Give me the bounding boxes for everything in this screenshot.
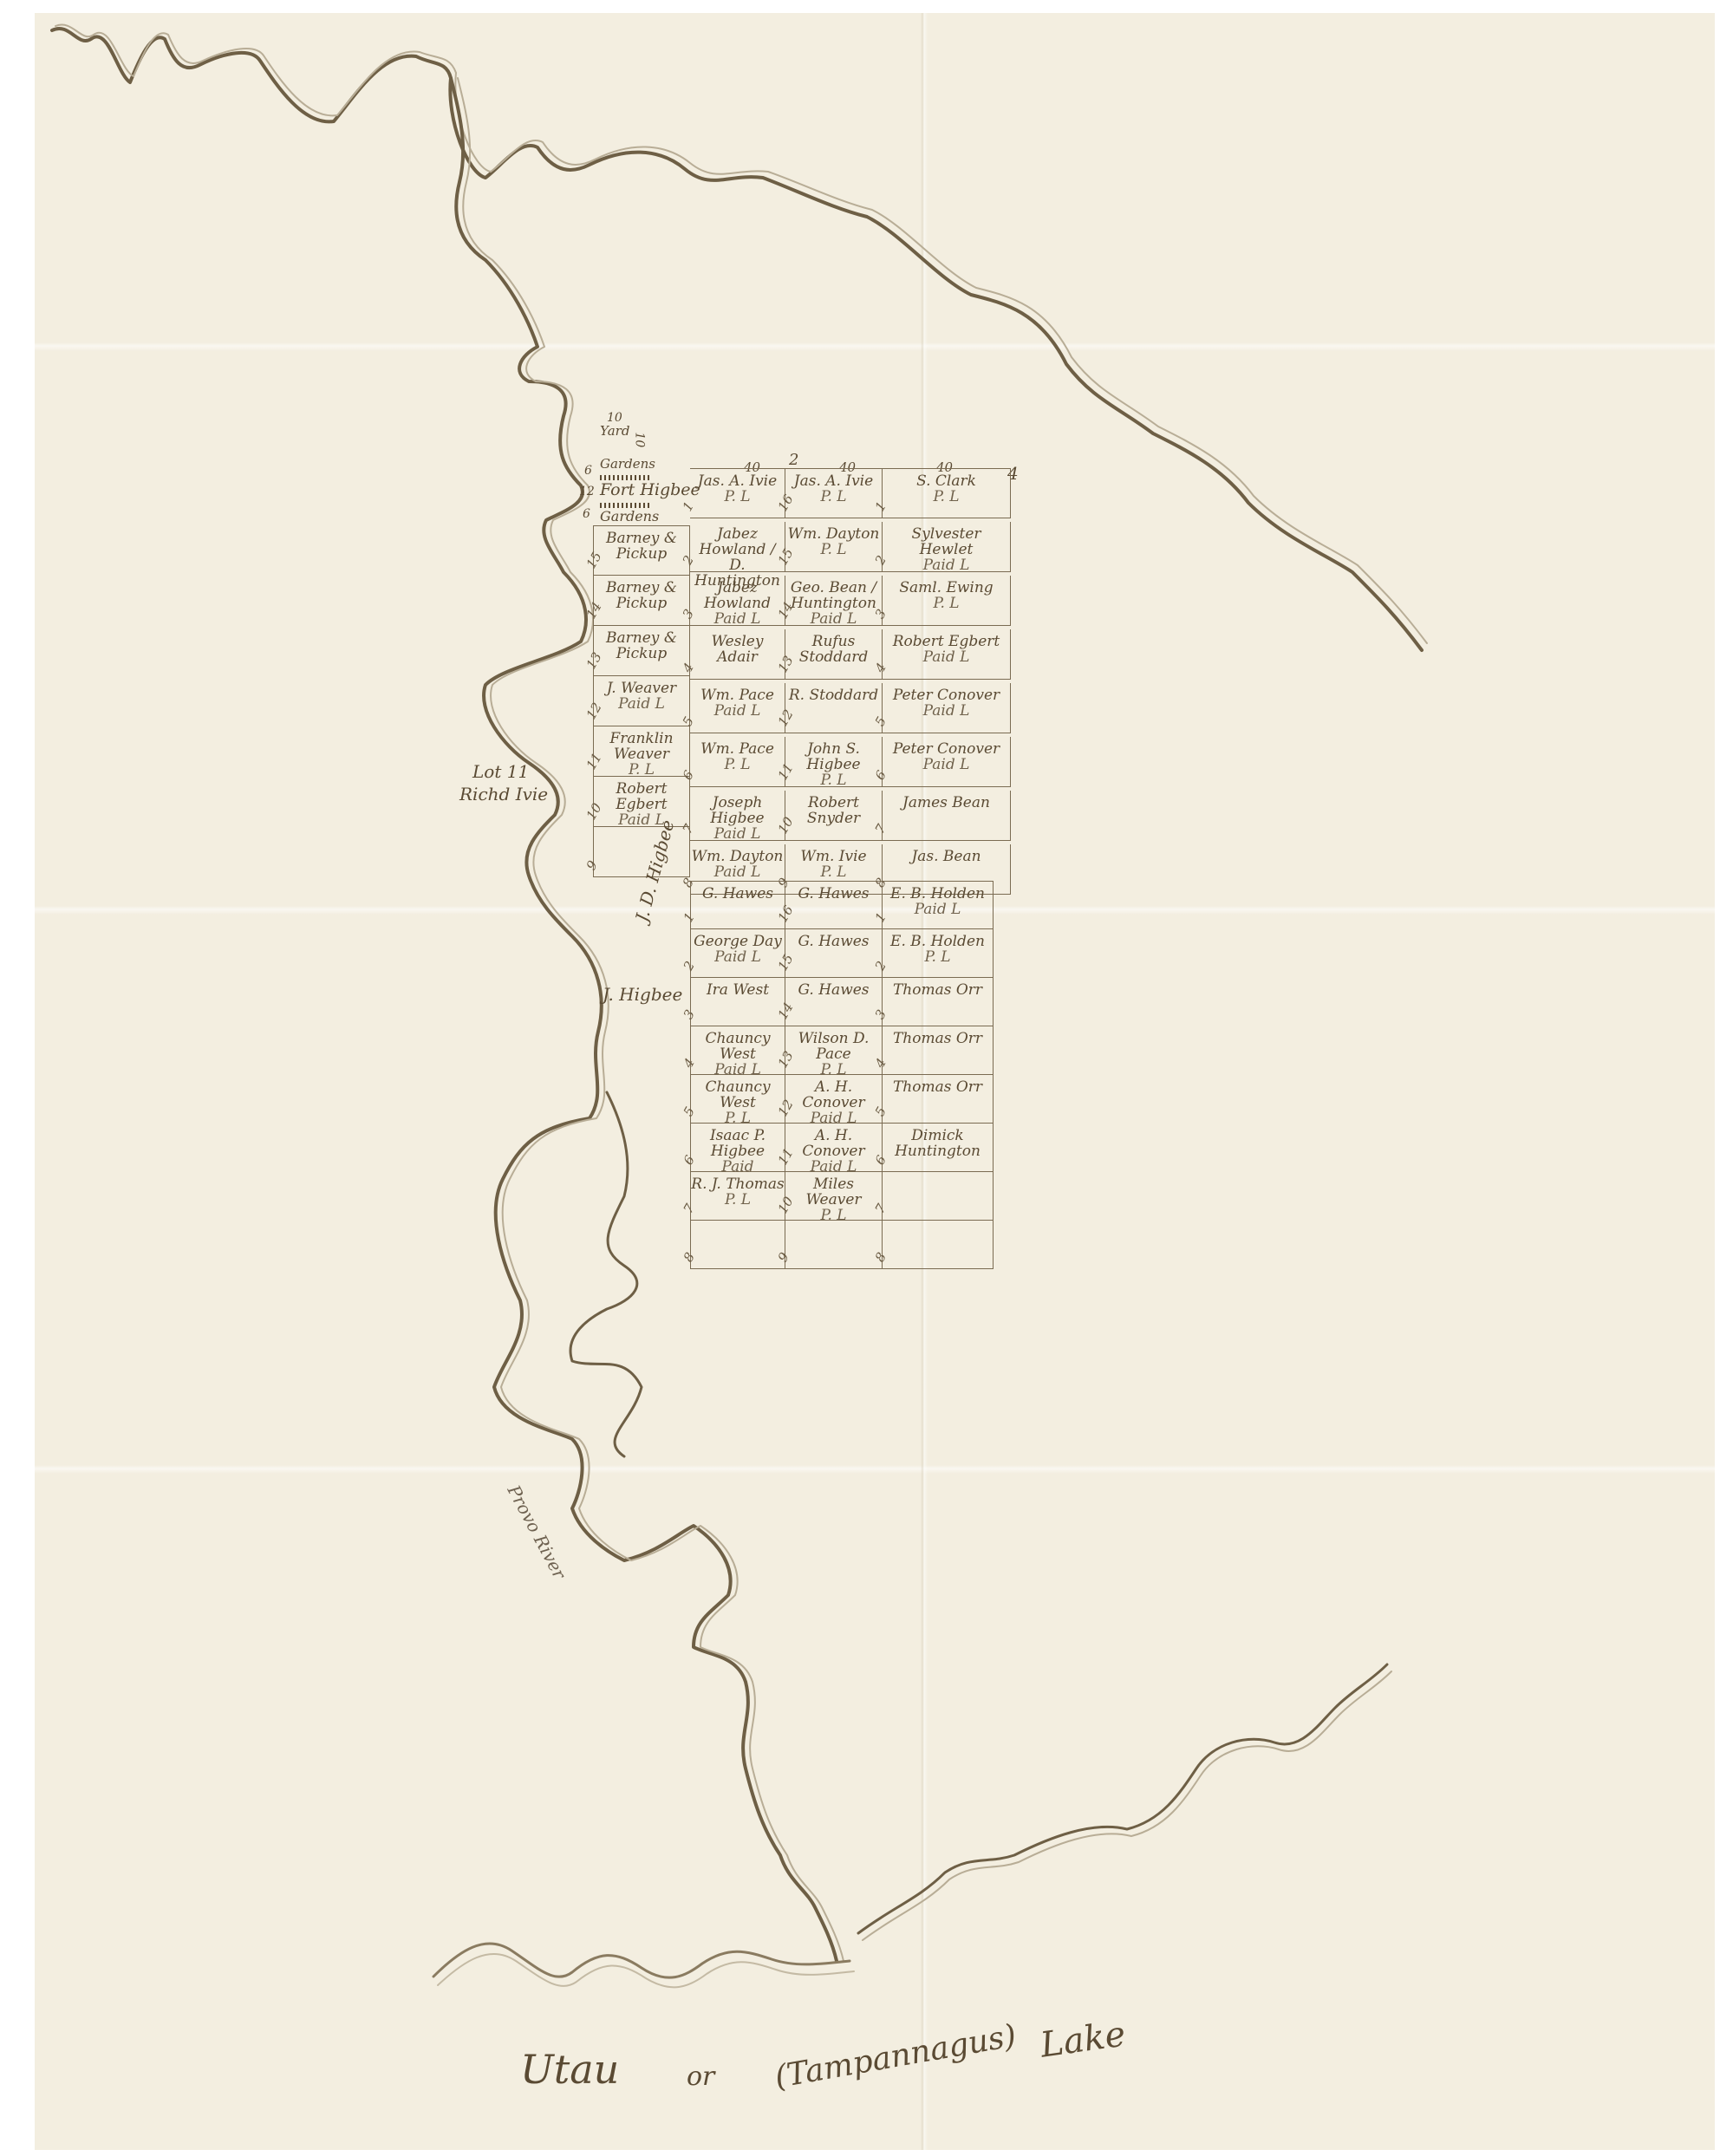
plot-owner-name: Thomas Orr [893, 981, 982, 999]
plot-owner-name: James Bean [902, 794, 990, 811]
plot-owner-name: Sylvester Hewlet [911, 525, 981, 558]
plot-owner-name: Peter Conover [893, 740, 1000, 758]
plot-owner-name: Robert Snyder [807, 794, 860, 827]
plot-owner-name: Wm. Pace [700, 740, 774, 758]
plot-owner-name: A. H. Conover [802, 1078, 864, 1111]
plot-cell: Peter ConoverPaid L6 [883, 737, 1011, 787]
plot-owner-name: Ira West [707, 981, 769, 999]
plot-cell: Robert Snyder10 [785, 791, 883, 841]
plot-cell: Joseph HigbeePaid L7 [690, 791, 785, 841]
plot-cell: Thomas Orr3 [883, 978, 994, 1026]
plot-owner-name: Saml. Ewing [899, 579, 993, 596]
plot-cell: Barney & Pickup15 [593, 525, 690, 576]
plot-paid-status: Paid L [690, 704, 785, 720]
plot-owner-name: Dimick Huntington [895, 1127, 981, 1160]
plot-cell: Isaac P. HigbeePaid6 [690, 1124, 785, 1172]
plot-paid-status: P. L [690, 490, 785, 505]
plot-owner-name: Rufus Stoddard [799, 633, 869, 666]
plot-paid-status: P. L [785, 865, 882, 881]
plot-cell: Thomas Orr5 [883, 1075, 994, 1124]
plot-cell: Thomas Orr4 [883, 1026, 994, 1075]
plot-cell: J. WeaverPaid L12 [593, 676, 690, 726]
plot-paid-status: P. L [691, 1193, 785, 1208]
fort-side-number: 10 [633, 432, 646, 447]
plot-owner-name: R. Stoddard [789, 687, 878, 704]
plot-cell: Barney & Pickup13 [593, 626, 690, 676]
lot-label-line1: Lot 11 [472, 763, 529, 781]
plot-owner-name: Thomas Orr [893, 1030, 982, 1047]
plot-cell: R. Stoddard12 [785, 683, 883, 733]
j-higbee-label: J. Higbee [603, 986, 682, 1004]
plot-cell: Sylvester HewletPaid L2 [883, 522, 1011, 572]
plot-paid-status: Paid L [594, 697, 689, 713]
plot-cell: A. H. ConoverPaid L12 [785, 1075, 883, 1124]
fort-row-num: 6 [584, 465, 592, 478]
plot-cell: Dimick Huntington6 [883, 1124, 994, 1172]
plot-cell: Peter ConoverPaid L5 [883, 683, 1011, 733]
plot-cell: George DayPaid L2 [690, 929, 785, 978]
plot-owner-name: Franklin Weaver [609, 730, 673, 763]
plot-owner-name: Jas. Bean [911, 848, 981, 865]
plot-cell: Jabez HowlandPaid L3 [690, 576, 785, 626]
plot-owner-name: S. Clark [916, 472, 976, 490]
plot-owner-name: Peter Conover [893, 687, 1000, 704]
plot-cell: G. Hawes14 [785, 978, 883, 1026]
plot-owner-name: Robert Egbert [893, 633, 1000, 650]
plot-owner-name: G. Hawes [702, 885, 773, 902]
plot-owner-name: John S. Higbee [806, 740, 860, 773]
plot-paid-status: Paid L [690, 612, 785, 628]
plot-owner-name: E. B. Holden [890, 933, 985, 950]
plot-owner-name: G. Hawes [798, 981, 869, 999]
plot-owner-name: Barney & Pickup [606, 629, 677, 662]
plot-owner-name: Miles Weaver [805, 1176, 861, 1208]
plot-paid-status: Paid L [690, 865, 785, 881]
plot-cell: Saml. EwingP. L3 [883, 576, 1011, 626]
plot-cell: G. Hawes16 [785, 881, 883, 929]
lake-title-word1: Utau [520, 2046, 619, 2093]
fort-row-num: 6 [583, 508, 590, 521]
upper-grid-top-label: 2 [789, 451, 798, 469]
plot-paid-status: Paid L [883, 558, 1010, 574]
plot-owner-name: Wesley Adair [712, 633, 764, 666]
plot-owner-name: Wilson D. Pace [798, 1030, 870, 1063]
plot-paid-status: P. L [785, 490, 882, 505]
plot-cell: Wm. PacePaid L5 [690, 683, 785, 733]
plot-paid-status: P. L [785, 543, 882, 558]
plot-cell: Jas. A. IvieP. L1 [690, 468, 785, 518]
plot-owner-name: Thomas Orr [893, 1078, 982, 1096]
plot-paid-status: P. L [883, 596, 1010, 612]
lot-label-line2: Richd Ivie [459, 785, 548, 804]
plot-cell: E. B. HoldenP. L2 [883, 929, 994, 978]
plot-cell: G. Hawes15 [785, 929, 883, 978]
plot-paid-status: Paid L [691, 950, 785, 966]
plot-owner-name: George Day [694, 933, 782, 950]
east-loop [570, 1092, 642, 1456]
plot-cell: 7 [883, 1172, 994, 1221]
plot-owner-name: Geo. Bean / Huntington [791, 579, 876, 612]
plot-owner-name: J. Weaver [607, 680, 676, 697]
fort-yard-label: Yard [600, 425, 629, 439]
plot-owner-name: G. Hawes [798, 885, 869, 902]
plot-paid-status: P. L [690, 758, 785, 773]
plot-cell: Miles WeaverP. L10 [785, 1172, 883, 1221]
plot-owner-name: Jas. A. Ivie [698, 472, 777, 490]
plot-cell: 9 [785, 1221, 883, 1269]
plot-paid-status: P. L [883, 490, 1010, 505]
plot-owner-name: A. H. Conover [802, 1127, 864, 1160]
fort-row-num: 12 [579, 485, 595, 498]
plot-owner-name: Chauncy West [705, 1078, 770, 1111]
lake-title-word2: or [687, 2062, 714, 2092]
plot-cell: Franklin WeaverP. L11 [593, 726, 690, 777]
plot-owner-name: R. J. Thomas [691, 1176, 784, 1193]
plot-cell: 9 [593, 827, 690, 877]
plot-cell: E. B. HoldenPaid L1 [883, 881, 994, 929]
plot-cell: R. J. ThomasP. L7 [690, 1172, 785, 1221]
plot-cell: James Bean7 [883, 791, 1011, 841]
plot-cell: Geo. Bean / HuntingtonPaid L14 [785, 576, 883, 626]
plot-owner-name: Joseph Higbee [710, 794, 764, 827]
plot-owner-name: Isaac P. Higbee [710, 1127, 766, 1160]
plot-cell: John S. HigbeeP. L11 [785, 737, 883, 787]
plot-cell: Rufus Stoddard13 [785, 629, 883, 680]
plot-owner-name: Barney & Pickup [606, 530, 677, 563]
plot-cell: Ira West3 [690, 978, 785, 1026]
plot-owner-name: E. B. Holden [890, 885, 985, 902]
plot-paid-status: Paid L [883, 704, 1010, 720]
fort-gardens-top: Gardens [600, 458, 655, 472]
plot-cell: A. H. ConoverPaid L11 [785, 1124, 883, 1172]
plot-paid-status: Paid L [883, 758, 1010, 773]
east-branch [858, 1664, 1387, 1933]
plot-cell: Wilson D. PaceP. L13 [785, 1026, 883, 1075]
plot-cell: Robert EgbertPaid L4 [883, 629, 1011, 680]
plot-paid-status: P. L [594, 763, 689, 778]
plot-cell: 8 [690, 1221, 785, 1269]
plot-owner-name: Robert Egbert [616, 780, 667, 813]
plot-paid-status: P. L [785, 773, 882, 789]
plot-cell: Wm. PaceP. L6 [690, 737, 785, 787]
plot-paid-status: Paid L [690, 827, 785, 843]
plot-cell: Robert EgbertPaid L10 [593, 777, 690, 827]
plot-cell: Jas. A. IvieP. L16 [785, 468, 883, 518]
plot-cell: G. Hawes1 [690, 881, 785, 929]
plot-owner-name: Jabez Howland [704, 579, 771, 612]
plot-cell: Chauncy WestP. L5 [690, 1075, 785, 1124]
plot-owner-name: Wm. Ivie [800, 848, 866, 865]
plot-owner-name: G. Hawes [798, 933, 869, 950]
plot-paid-status: Paid L [883, 650, 1010, 666]
fort-gardens-bottom: Gardens [600, 510, 659, 524]
plot-paid-status: P. L [883, 950, 993, 966]
plot-owner-name: Jas. A. Ivie [794, 472, 873, 490]
plot-owner-name: Barney & Pickup [606, 579, 677, 612]
plot-owner-name: Wm. Pace [700, 687, 774, 704]
plot-cell: Wesley Adair4 [690, 629, 785, 680]
plot-cell: Barney & Pickup14 [593, 576, 690, 626]
plot-paid-status: Paid L [785, 612, 882, 628]
plot-cell: 8 [883, 1221, 994, 1269]
plot-owner-name: Wm. Dayton [788, 525, 880, 543]
fort-higbee-label: Fort Higbee [600, 482, 700, 499]
plot-owner-name: Wm. Dayton [692, 848, 784, 865]
plot-paid-status: Paid L [883, 902, 993, 918]
plot-owner-name: Chauncy West [705, 1030, 770, 1063]
plot-cell: Jabez Howland / D. Huntington2 [690, 522, 785, 572]
plot-cell: S. ClarkP. L1 [883, 468, 1011, 518]
plot-cell: Chauncy WestPaid L4 [690, 1026, 785, 1075]
plot-cell: Wm. DaytonP. L15 [785, 522, 883, 572]
